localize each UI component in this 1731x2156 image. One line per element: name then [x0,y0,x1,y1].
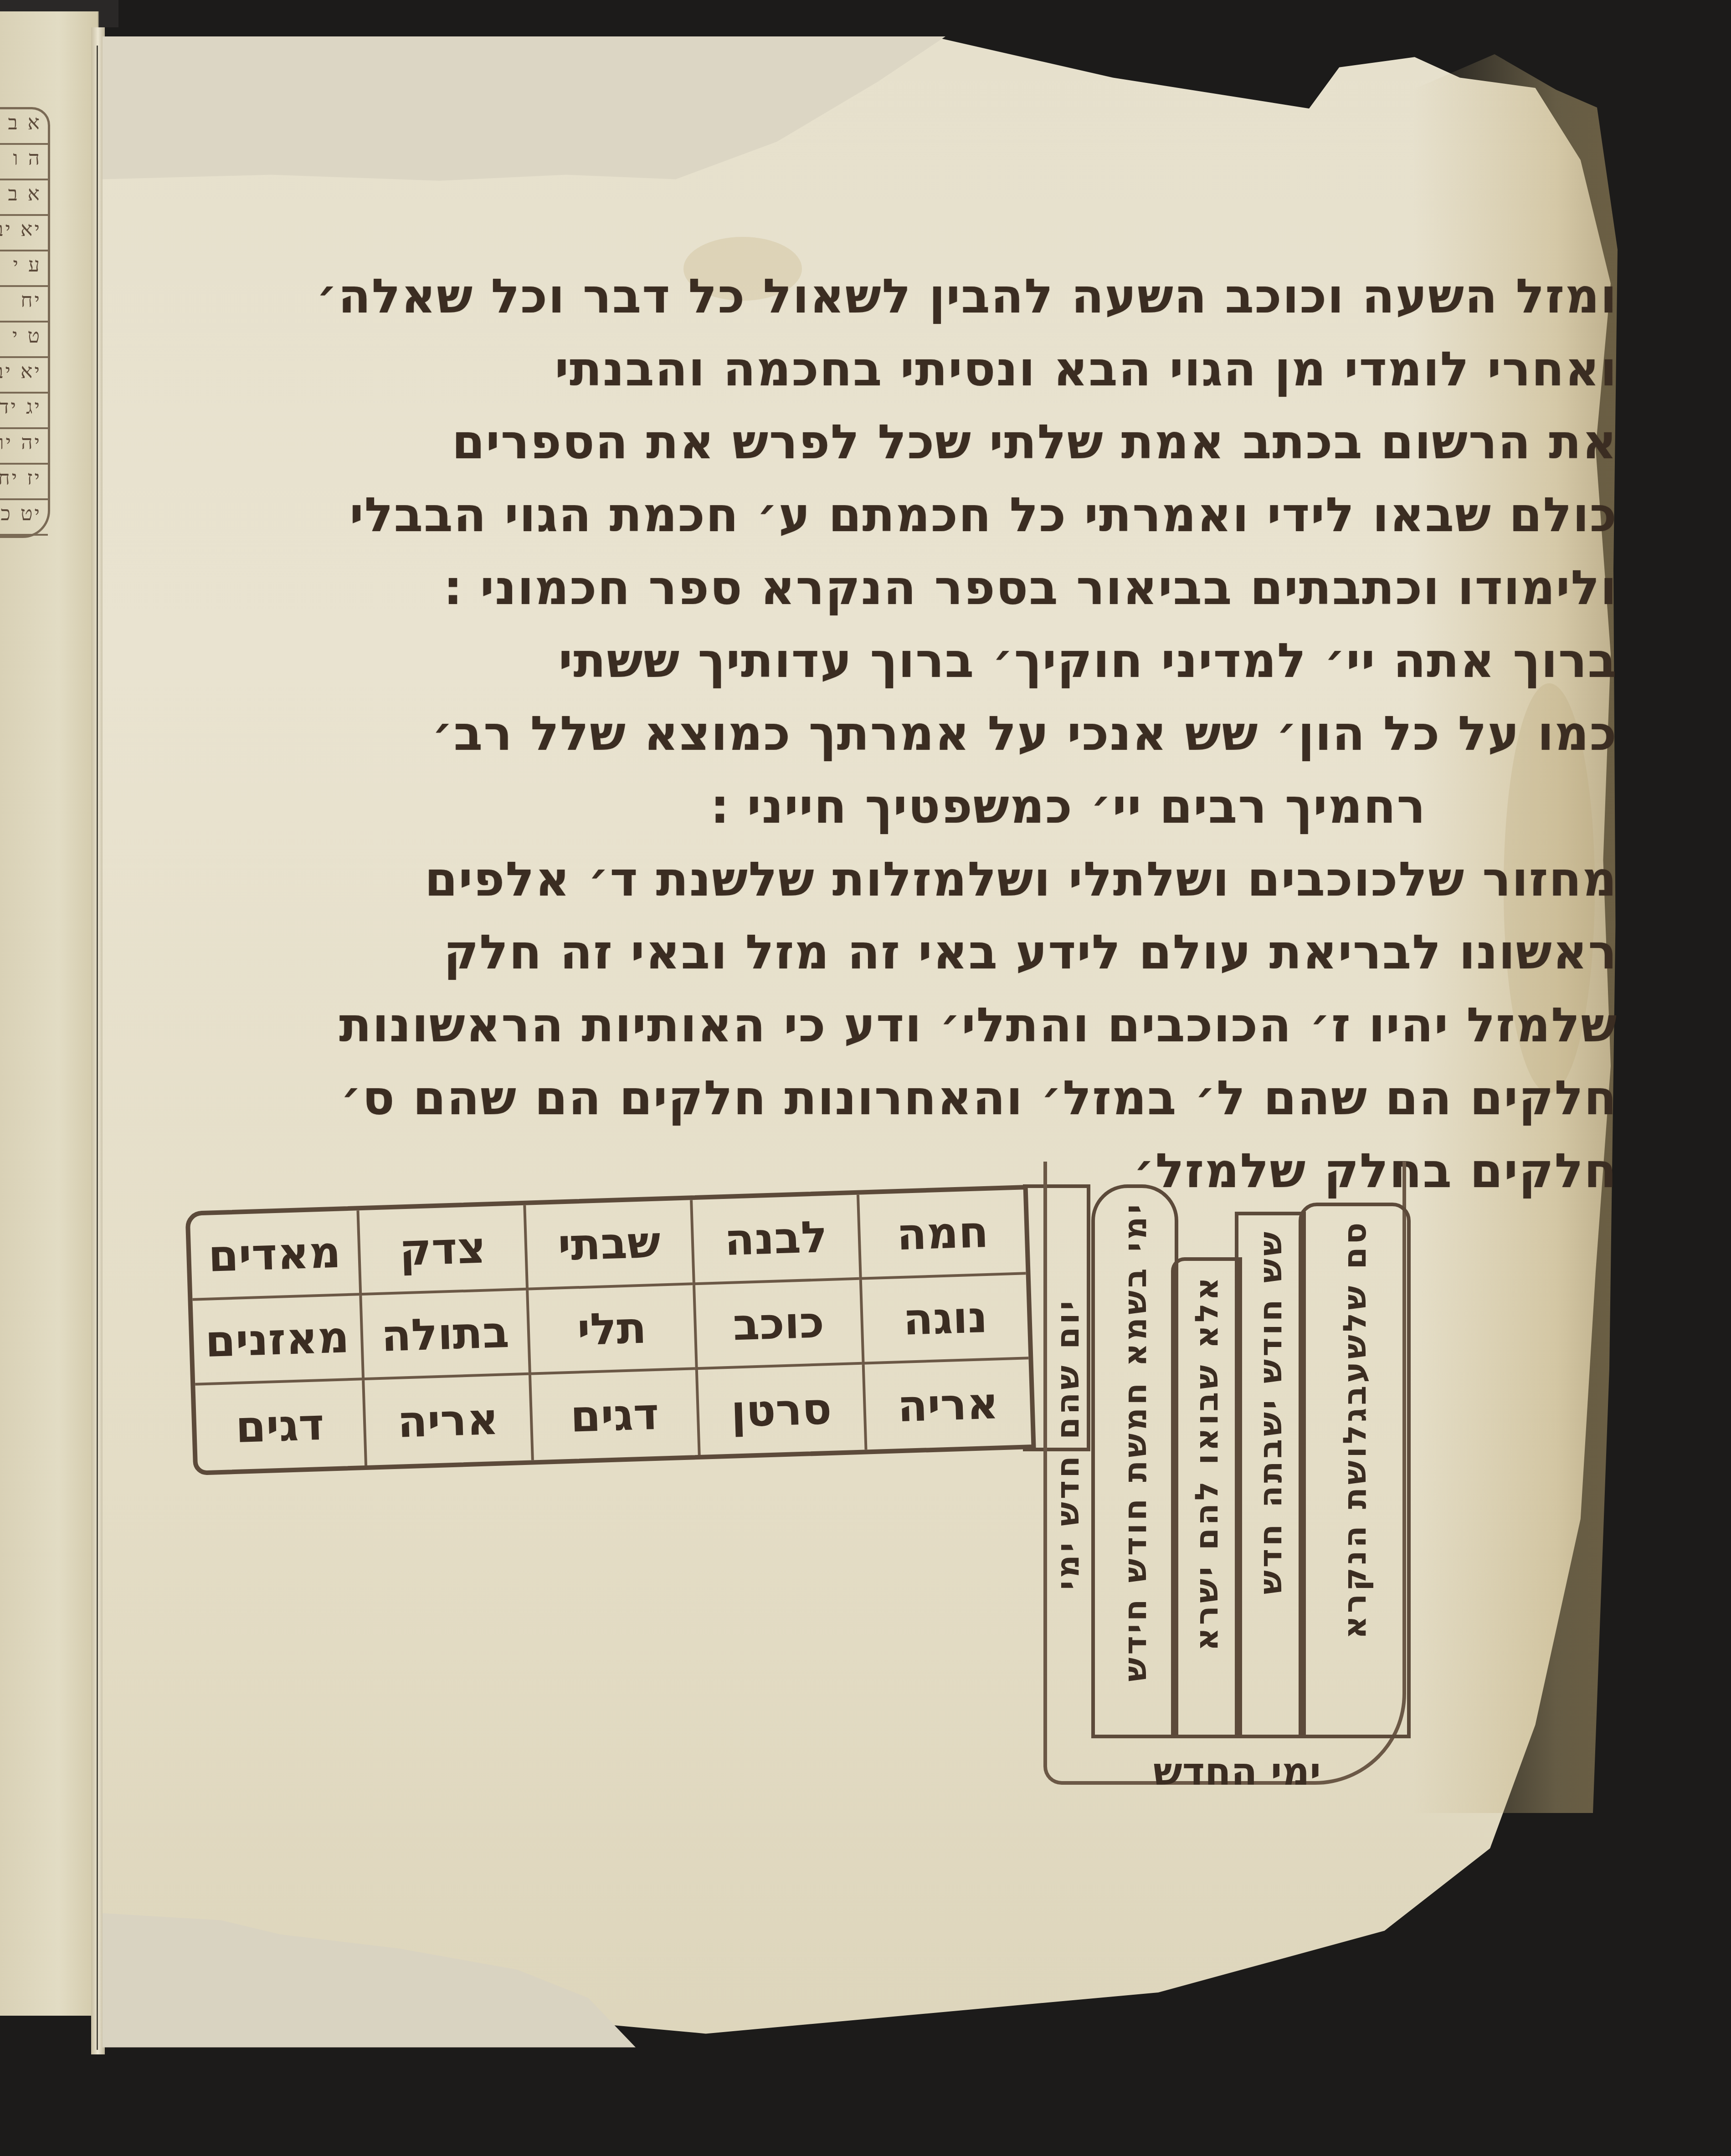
table-cell: חמה [857,1189,1026,1280]
table-cell: שבתי [523,1200,693,1290]
table-cell: נוגה [859,1275,1029,1365]
facing-grid-cell: יא יב [0,216,48,251]
table-cell: סרטן [695,1365,865,1455]
table-cell: צדק [356,1205,526,1296]
facing-grid-cell: יג יד [0,394,48,429]
table-cell: דגים [529,1370,698,1460]
facing-page: א ב ה ו א ב ג ד יא יב ע י יח ט י יא יב י… [0,11,99,2016]
diagram-column-text: יום שהם חדש ימי [1049,1298,1086,1590]
facing-grid-cell: ה ו [0,145,48,180]
month-days-label: ימי החדש [1112,1749,1362,1794]
facing-grid-cell: א ב ג ד [0,180,48,216]
table-cell: לבנה [690,1195,859,1285]
diagram-column-text: אלא שבואו להם ישרא [1188,1275,1225,1651]
diagram-column: אלא שבואו להם ישרא [1171,1257,1242,1738]
diagram-column-text: סם שלשעבגלושת הנקרא [1336,1220,1373,1639]
facing-grid-cell: יה יו [0,429,48,465]
facing-grid-cell: ט י [0,323,48,358]
facing-grid-cell: יז יח [0,465,48,500]
main-text-block: ומזל השעה וכוכב השעה להבין לשאול כל דבר … [178,260,1618,1207]
table-cell: בתולה [359,1290,529,1380]
facing-grid-cell: יח [0,287,48,323]
planets-zodiac-table: חמה לבנה שבתי צדק מאדים נוגה כוכב תלי בת… [185,1185,1036,1475]
diagram-column: שש חודש ישבתה חדש [1235,1212,1306,1738]
table-cell: דגים [195,1381,365,1471]
text-line: את הרשום בכתב אמת שלתי שכל לפרש את הספרי… [178,405,1618,478]
text-line: רחמיך רבים יי׳ כמשפטיך חייני ׃ [178,770,1618,843]
facing-grid-cell: א ב [0,109,48,145]
table-cell: תלי [526,1285,695,1375]
text-line: שלמזל יהיו ז׳ הכוכבים והתלי׳ ודע כי האות… [178,988,1618,1061]
table-cell: מאדים [190,1210,360,1301]
text-line: מחזור שלכוכבים ושלתלי ושלמזלות שלשנת ד׳ … [178,843,1618,916]
text-line: כמו על כל הון׳ שש אנכי על אמרתך כמוצא של… [178,697,1618,770]
facing-grid-cell: יא יב [0,358,48,394]
table-cell: אריה [862,1360,1032,1450]
gutter-fold-line [97,46,98,2050]
facing-page-letter-grid: א ב ה ו א ב ג ד יא יב ע י יח ט י יא יב י… [0,107,50,538]
diagram-column-text: שש חודש ישבתה חדש [1252,1229,1289,1594]
text-line: ומזל השעה וכוכב השעה להבין לשאול כל דבר … [178,260,1618,333]
facing-grid-cell: ע י [0,251,48,287]
table-cell: אריה [362,1375,531,1465]
diagram-column-text: ימי בשמא חמשת חודש חידש [1116,1202,1154,1682]
table-cell: מאזנים [193,1296,362,1386]
diagram-column: ימי בשמא חמשת חודש חידש [1091,1184,1178,1738]
diagram-column: סם שלשעבגלושת הנקרא [1299,1203,1411,1738]
text-line: ברוך אתה יי׳ למדיני חוקיך׳ ברוך עדותיך ש… [178,624,1618,697]
facing-grid-cell: יט כ [0,500,48,536]
diagram-column: יום שהם חדש ימי [1043,1285,1091,1603]
text-line: ולימודו וכתבתים בביאור בספר הנקרא ספר חכ… [178,551,1618,624]
text-line: ואחרי לומדי מן הגוי הבא ונסיתי בחכמה והב… [178,333,1618,405]
text-line: ראשונו לבריאת עולם לידע באי זה מזל ובאי … [178,916,1618,988]
text-line: כולם שבאו לידי ואמרתי כל חכמתם ע׳ חכמת ה… [178,478,1618,551]
text-line: חלקים הם שהם ל׳ במזל׳ והאחרונות חלקים הם… [178,1061,1618,1134]
table-cell: כוכב [693,1280,862,1370]
